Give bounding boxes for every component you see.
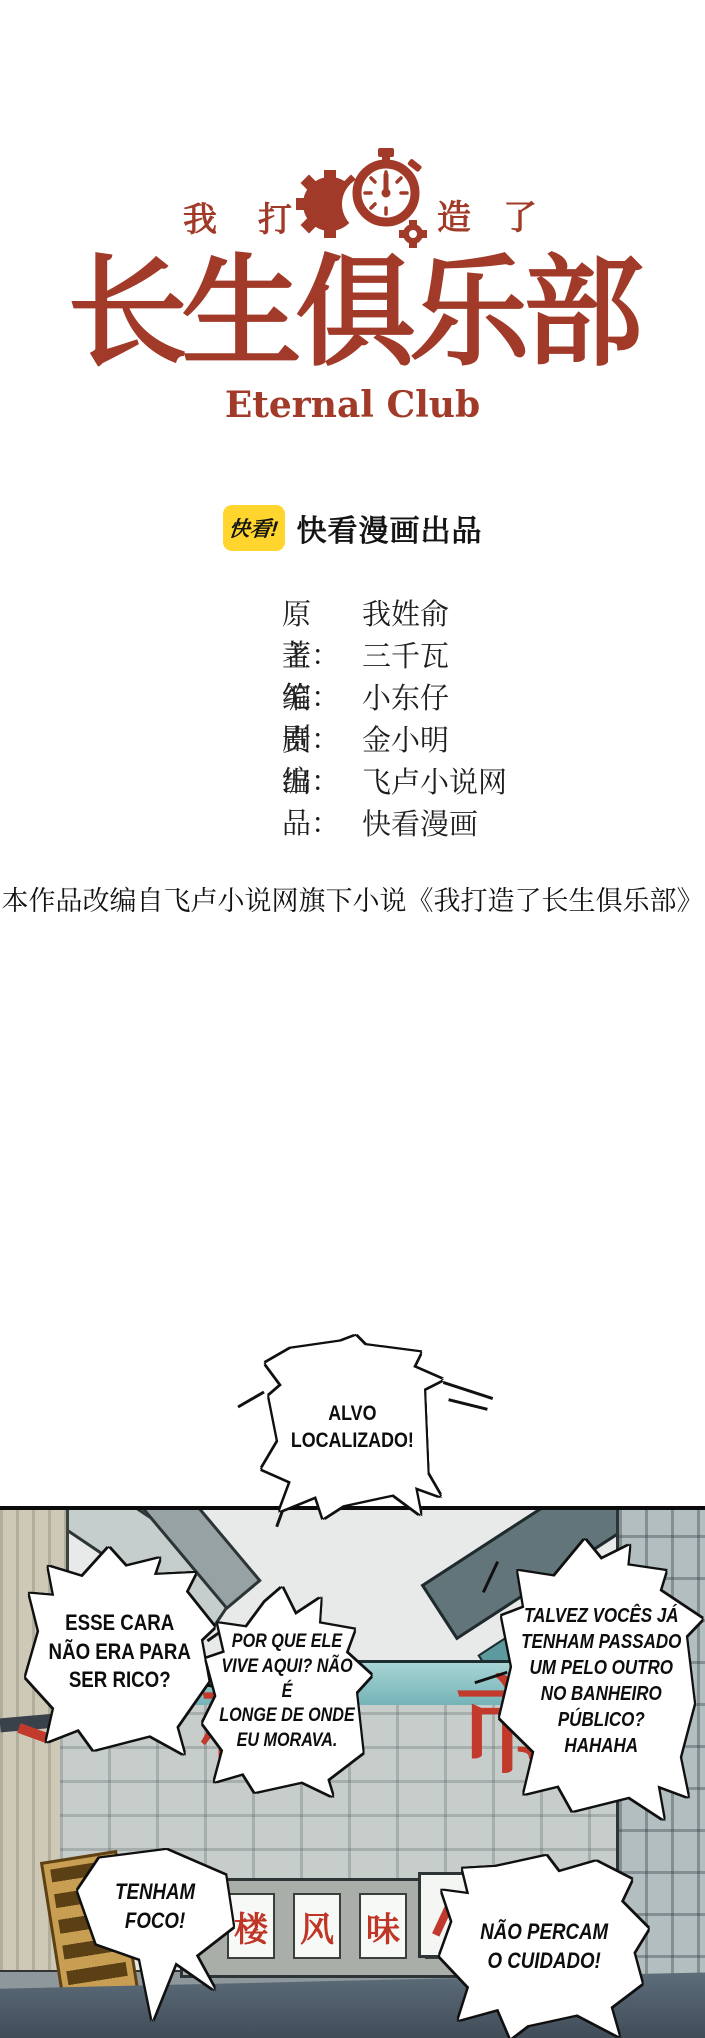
publisher-row: 快看! 快看漫画出品 xyxy=(0,505,705,551)
comic-page: 我 打 造 了 xyxy=(0,0,705,2038)
bubble-shape: ESSE CARA NÃO ERA PARA SER RICO? xyxy=(26,1548,214,1756)
bubble-text: POR QUE ELE VIVE AQUI? NÃO É LONGE DE ON… xyxy=(216,1630,359,1753)
speech-bubble-esse-cara: ESSE CARA NÃO ERA PARA SER RICO? xyxy=(26,1548,214,1756)
speech-bubble-talvez: TALVEZ VOCÊS JÁ TENHAM PASSADO UM PELO O… xyxy=(500,1540,702,1822)
kuaikan-logo-badge: 快看! xyxy=(223,505,285,551)
series-title-main: 长生俱乐部 xyxy=(0,246,705,380)
bubble-text: ESSE CARA NÃO ERA PARA SER RICO? xyxy=(49,1609,191,1695)
credit-row: 原著： 我姓俞 xyxy=(282,592,507,634)
bubble-shape: TENHAM FOCO! xyxy=(78,1850,233,2020)
speed-line xyxy=(237,1391,264,1409)
title-top-char: 造 xyxy=(437,201,471,235)
bubble-text: TENHAM FOCO! xyxy=(115,1878,195,1935)
signboard-char: 风 xyxy=(300,1902,334,1951)
bubble-shape: TALVEZ VOCÊS JÁ TENHAM PASSADO UM PELO O… xyxy=(500,1540,702,1822)
adaptation-note: 本作品改编自飞卢小说网旗下小说《我打造了长生俱乐部》 xyxy=(0,879,705,918)
credit-value: 快看漫画 xyxy=(362,802,478,843)
series-title-subtitle: Eternal Club xyxy=(0,384,705,426)
credit-row: 编剧： 小东仔 xyxy=(282,676,507,718)
kuaikan-logo-text: 快看! xyxy=(227,513,279,543)
credit-value: 三千瓦 xyxy=(362,634,449,675)
bubble-text: TALVEZ VOCÊS JÁ TENHAM PASSADO UM PELO O… xyxy=(521,1603,681,1759)
bubble-text: ALVO LOCALIZADO! xyxy=(291,1400,414,1455)
title-top-char: 了 xyxy=(503,201,537,235)
signboard-char: 味 xyxy=(366,1902,400,1951)
speech-bubble-tenham-foco: TENHAM FOCO! xyxy=(78,1850,233,2020)
speed-line xyxy=(443,1381,493,1400)
credit-value: 飞卢小说网 xyxy=(362,760,507,801)
bubble-shape: NÃO PERCAM O CUIDADO! xyxy=(440,1856,648,2038)
title-top-char: 打 xyxy=(258,203,292,237)
signboard: 风 xyxy=(293,1893,341,1959)
credit-row: 责编： 金小明 xyxy=(282,718,507,760)
gear-stopwatch-icon xyxy=(290,146,432,252)
signboard: 楼 xyxy=(227,1893,275,1959)
credit-label: 出品： xyxy=(282,760,362,842)
credit-value: 小东仔 xyxy=(362,676,449,717)
credit-value: 我姓俞 xyxy=(362,592,449,633)
publisher-label: 快看漫画出品 xyxy=(297,506,483,550)
credits-list: 原著： 我姓俞 主笔： 三千瓦 编剧： 小东仔 责编： 金小明 出品： 飞卢小说… xyxy=(282,592,507,844)
speed-line xyxy=(448,1398,488,1411)
bubble-shape: ALVO LOCALIZADO! xyxy=(262,1336,442,1518)
speech-bubble-nao-percam: NÃO PERCAM O CUIDADO! xyxy=(440,1856,648,2038)
signboard-char: 楼 xyxy=(234,1902,268,1951)
bubble-text: NÃO PERCAM O CUIDADO! xyxy=(480,1918,608,1975)
bubble-shape: POR QUE ELE VIVE AQUI? NÃO É LONGE DE ON… xyxy=(203,1588,371,1796)
credit-value: 金小明 xyxy=(362,718,449,759)
speech-bubble-alvo-localizado: ALVO LOCALIZADO! xyxy=(262,1336,442,1518)
signboard: 味 xyxy=(359,1893,407,1959)
credit-row: 出品： 飞卢小说网 xyxy=(282,760,507,802)
speech-bubble-por-que: POR QUE ELE VIVE AQUI? NÃO É LONGE DE ON… xyxy=(203,1588,371,1796)
title-top-char: 我 xyxy=(183,203,217,237)
credit-row: 主笔： 三千瓦 xyxy=(282,634,507,676)
